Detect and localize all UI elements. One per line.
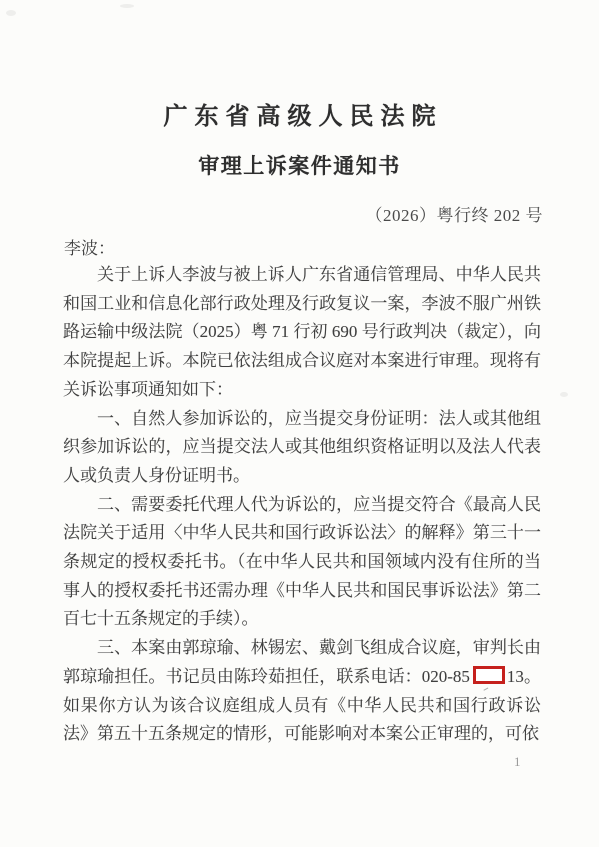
notice-body: 关于上诉人李波与被上诉人广东省通信管理局、中华人民共和国工业和信息化部行政处理及… — [63, 261, 541, 749]
scan-artifact — [120, 4, 134, 8]
scan-artifact — [6, 10, 16, 16]
paragraph-item-1: 一、自然人参加诉讼的，应当提交身份证明：法人或其他组织参加诉讼的，应当提交法人或… — [63, 405, 541, 491]
scan-artifact — [560, 392, 568, 397]
paragraph-item-2: 二、需要委托代理人代为诉讼的，应当提交符合《最高人民法院关于适用〈中华人民共和国… — [63, 491, 541, 635]
court-name-heading: 广东省高级人民法院 — [0, 96, 599, 131]
addressee: 李波： — [64, 234, 115, 259]
document-title: 审理上诉案件通知书 — [0, 150, 599, 180]
pen-mark — [481, 682, 489, 691]
paragraph-item-3: 三、本案由郭琼瑜、林锡宏、戴剑飞组成合议庭，审判长由郭琼瑜担任。书记员由陈玲茹担… — [63, 634, 541, 749]
redaction-box — [473, 666, 505, 684]
paragraph-item-3-before-redaction: 三、本案由郭琼瑜、林锡宏、戴剑飞组成合议庭，审判长由郭琼瑜担任。书记员由陈玲茹担… — [63, 638, 541, 686]
case-number: （2026）粤行终 202 号 — [366, 201, 544, 226]
document-page: 广东省高级人民法院 审理上诉案件通知书 （2026）粤行终 202 号 李波： … — [0, 0, 599, 847]
page-number: 1 — [514, 754, 521, 770]
paragraph-intro: 关于上诉人李波与被上诉人广东省通信管理局、中华人民共和国工业和信息化部行政处理及… — [63, 261, 541, 405]
